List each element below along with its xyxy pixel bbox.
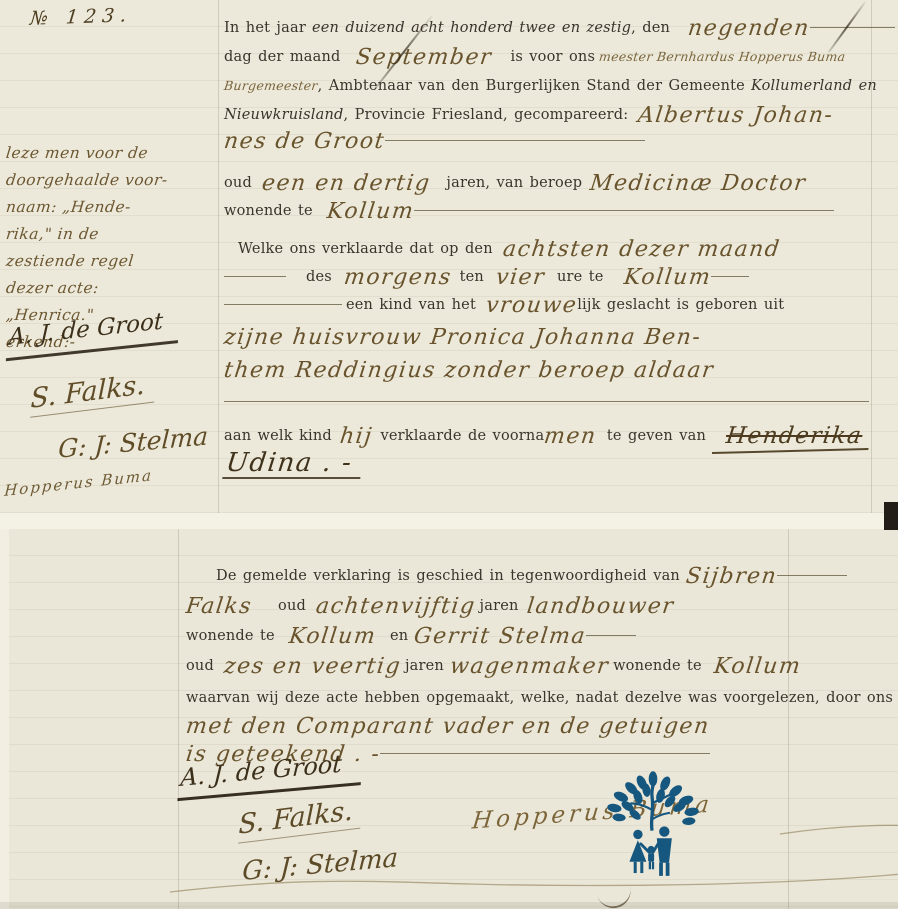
printed-text: wonende te xyxy=(186,628,275,644)
rule-line xyxy=(224,400,869,402)
act-line: met den Comparant vader en de getuigen xyxy=(186,712,886,738)
act-line: aan welk kindhijverklaarde de voornament… xyxy=(224,422,886,448)
printed-text: jaren xyxy=(480,598,519,614)
act-line: wonende teKollum xyxy=(224,197,886,223)
printed-text: wonende te xyxy=(224,203,313,219)
printed-text: oud xyxy=(186,658,214,674)
handwritten-text: September xyxy=(355,47,494,69)
rule-line xyxy=(380,752,710,754)
printed-text: een kind van het xyxy=(346,297,476,313)
act-line: oudeen en dertigjaren, van beroepMedicin… xyxy=(224,169,886,195)
act-line: een kind van hetvrouwelijk geslacht is g… xyxy=(224,291,886,317)
margin-note-line: doorgehaalde voor- xyxy=(5,167,223,194)
handwritten-text: nes de Groot xyxy=(223,131,387,153)
handwritten-text: zijne huisvrouw Pronica Johanna Ben- xyxy=(223,327,703,349)
rule-line xyxy=(414,209,834,211)
act-line xyxy=(224,388,886,414)
act-line: De gemelde verklaring is geschied in teg… xyxy=(186,562,886,588)
act-line: zijne huisvrouw Pronica Johanna Ben- xyxy=(224,323,886,349)
margin-note-line: zestiende regel xyxy=(5,248,223,275)
rule-line xyxy=(810,26,895,28)
printed-text: jaren xyxy=(405,658,444,674)
handwritten-text: them Reddingius zonder beroep aldaar xyxy=(223,360,716,382)
act-line: oudzes en veertigjarenwagenmakerwonende … xyxy=(186,652,886,678)
handwritten-text: vrouwe xyxy=(485,295,579,317)
act-line: Burgemeester, Ambtenaar van den Burgerli… xyxy=(224,72,886,98)
handwritten-text-small: meester Bernhardus Hopperus Buma xyxy=(598,51,846,64)
handwritten-text: achtsten dezer maand xyxy=(501,239,781,261)
scanned-birth-record: { "document": { "act_number": "№ 123.", … xyxy=(0,0,898,909)
handwritten-text: men xyxy=(543,426,598,448)
act-line: Nieuwkruisland, Provincie Friesland, gec… xyxy=(224,101,886,127)
handwritten-text: landbouwer xyxy=(525,596,675,618)
printed-text: oud xyxy=(224,175,252,191)
handwritten-text: negenden xyxy=(687,18,811,40)
printed-text-italic: een duizend acht honderd twee en zestig xyxy=(312,20,631,36)
handwritten-text: Kollum xyxy=(712,656,802,678)
handwritten-text: Kollum xyxy=(622,267,712,289)
handwritten-text: Gerrit Stelma xyxy=(413,626,588,648)
printed-text: waarvan wij deze acte hebben opgemaakt, … xyxy=(186,690,893,706)
margin-note-line: dezer acte: xyxy=(5,275,223,302)
printed-text-italic: Kollumerland en xyxy=(751,78,877,94)
printed-text: des xyxy=(306,269,332,285)
handwritten-text: zes en veertig xyxy=(223,656,403,678)
act-line: nes de Groot xyxy=(224,127,886,153)
handwritten-text: met den Comparant vader en de getuigen xyxy=(185,716,711,738)
margin-note-line: naam: „Hende- xyxy=(5,194,223,221)
printed-text: jaren, van beroep xyxy=(446,175,582,191)
act-line: desmorgenstenvierure teKollum xyxy=(224,263,886,289)
handwritten-text: Sijbren xyxy=(685,566,779,588)
act-line: Falksoudachtenvijftigjarenlandbouwer xyxy=(186,592,886,618)
handwritten-text: een en dertig xyxy=(261,173,432,195)
act-main-text: In het jaareen duizend acht honderd twee… xyxy=(224,8,886,476)
handwritten-text: Falks xyxy=(185,596,254,618)
printed-text: is voor ons xyxy=(511,49,596,65)
handwritten-name-struck: Henderika xyxy=(721,425,868,448)
handwritten-text: wagenmaker xyxy=(449,656,611,678)
act-line: waarvan wij deze acte hebben opgemaakt, … xyxy=(186,684,886,710)
printed-text: ten xyxy=(460,269,484,285)
printed-text: te geven van xyxy=(607,428,706,444)
printed-text: Welke ons verklaarde dat op den xyxy=(238,241,493,257)
handwritten-text: achtenvijftig xyxy=(315,596,477,618)
margin-note-line: rika," in de xyxy=(5,221,223,248)
handwritten-name: Udina . - xyxy=(222,450,364,479)
handwritten-text: morgens xyxy=(343,267,453,289)
margin-note-line: leze men voor de xyxy=(5,140,223,167)
scan-edge-dark-corner xyxy=(884,502,898,530)
printed-text: lijk geslacht is geboren uit xyxy=(577,297,784,313)
act-line: Welke ons verklaarde dat op denachtsten … xyxy=(224,235,886,261)
printed-text: en xyxy=(390,628,408,644)
act-witness-text: De gemelde verklaring is geschied in teg… xyxy=(186,556,886,766)
act-line: wonende teKollumenGerrit Stelma xyxy=(186,622,886,648)
printed-text: oud xyxy=(278,598,306,614)
rule-line xyxy=(385,139,645,141)
rule-line xyxy=(224,303,342,305)
handwritten-text: Kollum xyxy=(325,201,415,223)
printed-text: , Provincie Friesland, gecompareerd: xyxy=(344,107,629,123)
rule-line xyxy=(224,275,286,277)
handwritten-text-small: Burgemeester xyxy=(223,80,318,93)
act-line: Udina . - xyxy=(224,450,886,476)
printed-text: , den xyxy=(631,20,670,36)
act-number: № 123. xyxy=(29,4,134,30)
printed-text: verklaarde de voorna xyxy=(380,428,544,444)
handwritten-text: vier xyxy=(495,267,547,289)
printed-text: In het jaar xyxy=(224,20,306,36)
printed-text: aan welk kind xyxy=(224,428,332,444)
printed-text: De gemelde verklaring is geschied in teg… xyxy=(216,568,680,584)
printed-text: ure te xyxy=(557,269,604,285)
rule-line xyxy=(711,275,749,277)
family-tree-watermark-icon xyxy=(604,771,702,879)
printed-text: dag der maand xyxy=(224,49,340,65)
family-figures xyxy=(629,826,671,875)
act-line: them Reddingius zonder beroep aldaar xyxy=(224,356,886,382)
handwritten-text: Albertus Johan- xyxy=(637,105,835,127)
act-line: In het jaareen duizend acht honderd twee… xyxy=(224,14,886,40)
handwritten-text: Kollum xyxy=(287,626,377,648)
rule-line xyxy=(586,634,636,636)
act-line: dag der maandSeptemberis voor onsmeester… xyxy=(224,43,886,69)
handwritten-text: hij xyxy=(339,426,374,448)
handwritten-text: Medicinæ Doctor xyxy=(589,173,808,195)
printed-text-italic: Nieuwkruisland xyxy=(224,107,344,123)
signature-flourish xyxy=(140,806,898,906)
scan-seam xyxy=(0,513,898,529)
printed-text: wonende te xyxy=(613,658,702,674)
scan-left-edge xyxy=(0,529,9,909)
rule-line xyxy=(777,574,847,576)
